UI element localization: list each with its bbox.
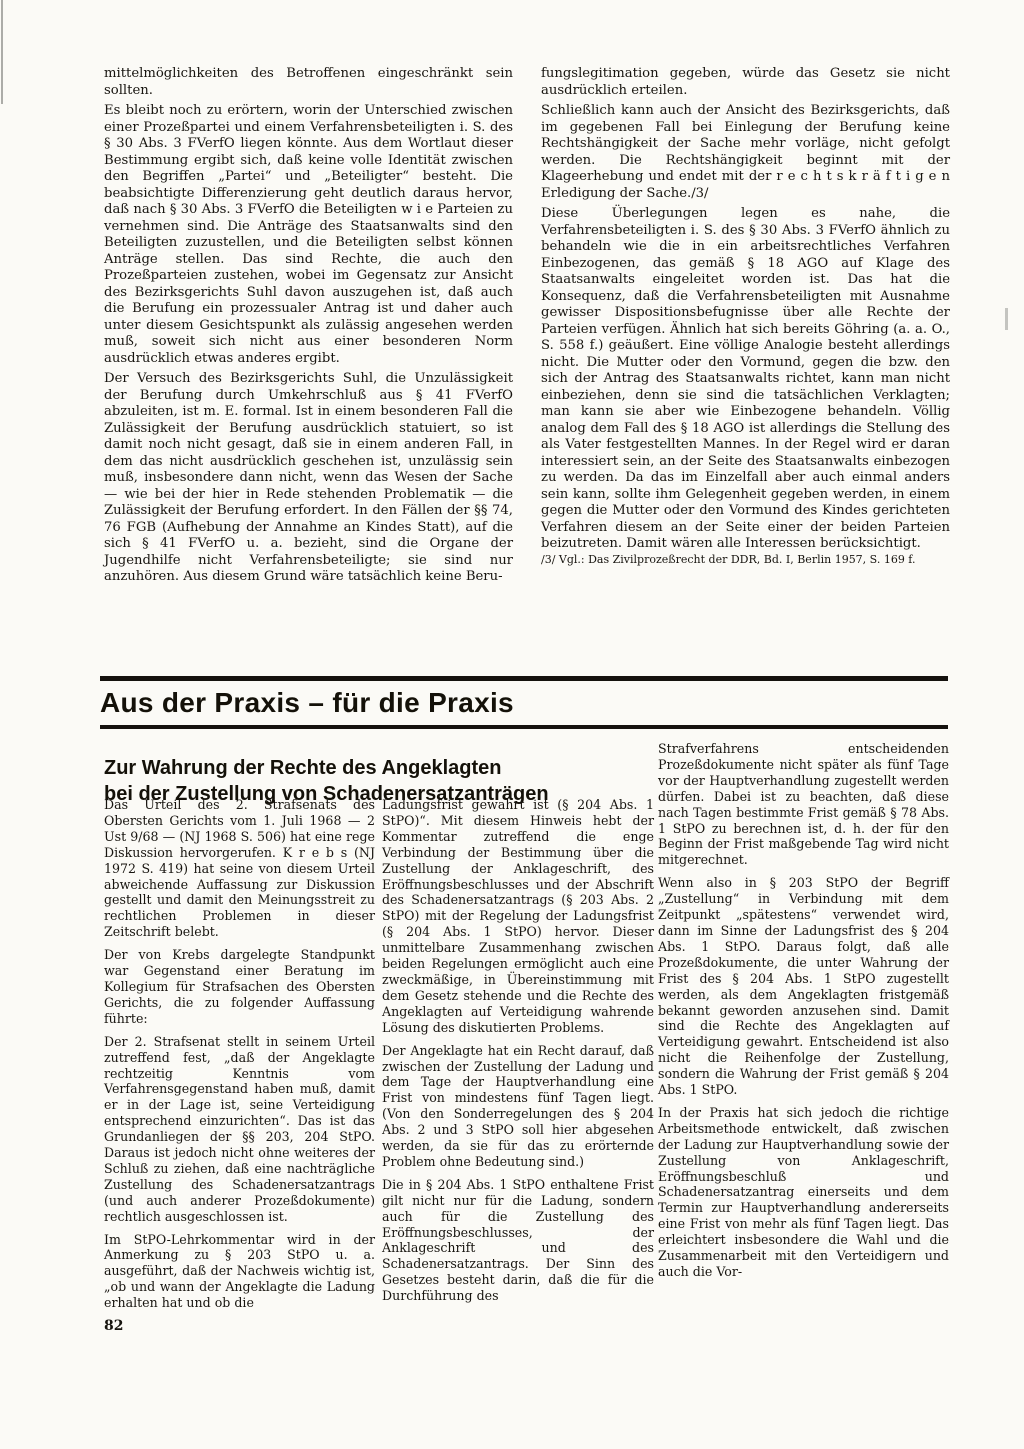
banner-rule-bottom — [100, 725, 948, 729]
top-article-right-column: fungslegitimation gegeben, würde das Ges… — [541, 66, 950, 586]
paragraph: Strafverfahrens entscheidenden Prozeßdok… — [658, 741, 949, 868]
paragraph: Die in § 204 Abs. 1 StPO enthaltene Fris… — [382, 1177, 654, 1304]
paragraph: Der Versuch des Bezirksgerichts Suhl, di… — [104, 371, 513, 586]
paragraph: Der von Krebs dargelegte Standpunkt war … — [104, 947, 375, 1027]
paragraph: Das Urteil des 2. Strafsenats des Oberst… — [104, 797, 375, 940]
paragraph: Wenn also in § 203 StPO der Begriff „Zus… — [658, 875, 949, 1098]
top-article-continuation: mittelmöglichkeiten des Betroffenen eing… — [104, 66, 950, 586]
journal-page: mittelmöglichkeiten des Betroffenen eing… — [0, 0, 1024, 1449]
paragraph: Im StPO-Lehrkommentar wird in der Anmerk… — [104, 1232, 375, 1312]
scan-edge-artifact — [1005, 308, 1008, 330]
top-article-left-column: mittelmöglichkeiten des Betroffenen eing… — [104, 66, 513, 586]
paragraph: mittelmöglichkeiten des Betroffenen eing… — [104, 66, 513, 99]
paragraph: Der Angeklagte hat ein Recht darauf, daß… — [382, 1043, 654, 1170]
top-article-right-column-body: fungslegitimation gegeben, würde das Ges… — [541, 66, 950, 553]
banner-rule-top — [100, 676, 948, 681]
paragraph: Diese Überlegungen legen es nahe, die Ve… — [541, 206, 950, 553]
paragraph: fungslegitimation gegeben, würde das Ges… — [541, 66, 950, 99]
paragraph: Schließlich kann auch der Ansicht des Be… — [541, 103, 950, 202]
practice-article-column-1: Das Urteil des 2. Strafsenats des Oberst… — [104, 797, 375, 1311]
page-number: 82 — [104, 1318, 123, 1334]
practice-article-column-2: Ladungsfrist gewahrt ist (§ 204 Abs. 1 S… — [382, 797, 654, 1304]
footnote: /3/ Vgl.: Das Zivilprozeßrecht der DDR, … — [541, 553, 950, 567]
paragraph: Es bleibt noch zu erörtern, worin der Un… — [104, 103, 513, 367]
paragraph: Ladungsfrist gewahrt ist (§ 204 Abs. 1 S… — [382, 797, 654, 1036]
paragraph: In der Praxis hat sich jedoch die richti… — [658, 1105, 949, 1280]
paragraph: Der 2. Strafsenat stellt in seinem Urtei… — [104, 1034, 375, 1225]
section-banner: Aus der Praxis – für die Praxis — [100, 676, 948, 729]
scan-edge-artifact — [1, 0, 3, 104]
section-banner-title: Aus der Praxis – für die Praxis — [100, 687, 948, 719]
article-title-line-1: Zur Wahrung der Rechte des Angeklagten — [104, 755, 664, 781]
practice-article-column-3: Strafverfahrens entscheidenden Prozeßdok… — [658, 741, 949, 1280]
